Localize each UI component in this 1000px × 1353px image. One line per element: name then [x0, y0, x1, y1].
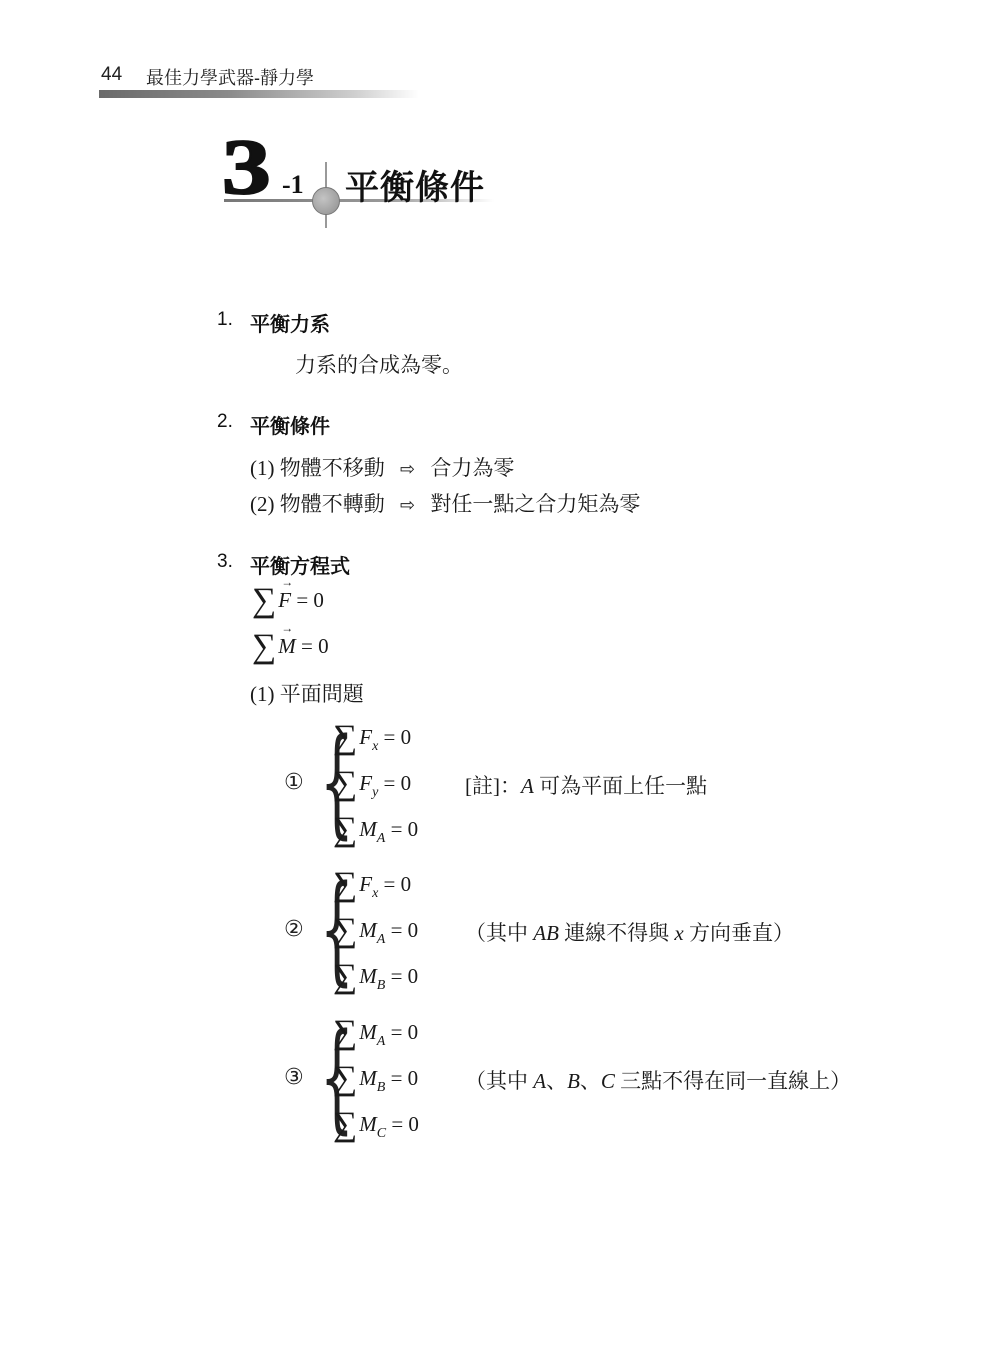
- eq-subscript: A: [377, 831, 386, 846]
- sigma-symbol: ∑: [333, 958, 357, 995]
- note-variable: AB: [533, 921, 559, 945]
- condition-text: 物體不轉動: [280, 492, 385, 516]
- eq-variable: F: [359, 872, 372, 896]
- eq-variable: F: [359, 771, 372, 795]
- condition-text: 物體不移動: [280, 456, 385, 480]
- item-heading: 平衡條件: [250, 410, 330, 439]
- eq-subscript: x: [372, 739, 378, 754]
- sigma-symbol: ∑: [333, 811, 357, 848]
- system-note: （其中 AB 連線不得與 x 方向垂直）: [465, 917, 794, 947]
- vector-variable: M: [278, 634, 296, 658]
- sigma-symbol: ∑: [252, 582, 276, 619]
- eq-subscript: B: [377, 978, 386, 993]
- equation-rhs: = 0: [301, 634, 329, 658]
- equation: ∑MA = 0: [333, 1018, 418, 1050]
- condition-label: (1): [250, 456, 275, 480]
- note-variable: B: [567, 1069, 580, 1093]
- eq-rhs: = 0: [384, 725, 412, 749]
- section-circle-ornament: [312, 187, 340, 215]
- equation-rhs: = 0: [296, 588, 324, 612]
- system-note: （其中 A、B、C 三點不得在同一直線上）: [465, 1065, 851, 1095]
- condition-line: (2) 物體不轉動 ⇨ 對任一點之合力矩為零: [250, 488, 640, 518]
- note-variable: A: [533, 1069, 546, 1093]
- sigma-symbol: ∑: [333, 1014, 357, 1051]
- note-text: 連線不得與: [559, 921, 675, 945]
- item-number: 1.: [217, 309, 233, 331]
- sigma-symbol: ∑: [333, 765, 357, 802]
- equation: ∑Fy = 0: [333, 769, 411, 801]
- condition-line: (1) 物體不移動 ⇨ 合力為零: [250, 452, 514, 482]
- condition-result: 對任一點之合力矩為零: [430, 492, 640, 516]
- subsection-title: 平面問題: [280, 682, 364, 706]
- eq-rhs: = 0: [391, 1020, 419, 1044]
- vector-equation-force: ∑F = 0: [252, 586, 324, 616]
- condition-result: 合力為零: [430, 456, 514, 480]
- eq-variable: M: [359, 918, 377, 942]
- subsection-heading: (1) 平面問題: [250, 678, 364, 708]
- equation: ∑Fx = 0: [333, 723, 411, 755]
- condition-label: (2): [250, 492, 275, 516]
- note-text: （其中: [465, 1069, 533, 1093]
- item-number: 3.: [217, 551, 233, 573]
- section-number: 3: [222, 128, 271, 206]
- equation: ∑MB = 0: [333, 962, 418, 994]
- eq-subscript: C: [377, 1126, 386, 1141]
- eq-variable: F: [359, 725, 372, 749]
- section-subnumber: -1: [282, 170, 304, 200]
- equation: ∑MA = 0: [333, 815, 418, 847]
- note-text: （其中: [465, 921, 533, 945]
- item-heading: 平衡力系: [250, 308, 330, 337]
- note-text: 方向垂直）: [684, 921, 794, 945]
- implies-arrow-icon: ⇨: [400, 459, 415, 480]
- note-prefix: [註]：: [465, 774, 521, 798]
- eq-subscript: A: [377, 932, 386, 947]
- eq-variable: M: [359, 1066, 377, 1090]
- equation: ∑MA = 0: [333, 916, 418, 948]
- eq-rhs: = 0: [391, 918, 419, 942]
- item-body: 力系的合成為零。: [295, 349, 463, 379]
- system-note: [註]：A 可為平面上任一點: [465, 770, 707, 800]
- vector-equation-moment: ∑M = 0: [252, 632, 329, 662]
- eq-variable: M: [359, 1020, 377, 1044]
- eq-rhs: = 0: [391, 1066, 419, 1090]
- sigma-symbol: ∑: [333, 1106, 357, 1143]
- equation: ∑MB = 0: [333, 1064, 418, 1096]
- eq-subscript: B: [377, 1080, 386, 1095]
- note-text: 三點不得在同一直線上）: [615, 1069, 851, 1093]
- eq-subscript: y: [372, 785, 378, 800]
- note-text: 可為平面上任一點: [534, 774, 707, 798]
- eq-variable: M: [359, 964, 377, 988]
- item-number: 2.: [217, 411, 233, 433]
- eq-rhs: = 0: [384, 771, 412, 795]
- vector-variable: F: [278, 588, 291, 612]
- note-separator: 、: [546, 1069, 567, 1093]
- eq-subscript: A: [377, 1034, 386, 1049]
- sigma-symbol: ∑: [333, 719, 357, 756]
- system-marker: ③: [284, 1065, 304, 1090]
- note-variable: x: [674, 921, 683, 945]
- eq-rhs: = 0: [384, 872, 412, 896]
- eq-rhs: = 0: [391, 817, 419, 841]
- note-variable: A: [521, 774, 534, 798]
- eq-subscript: x: [372, 886, 378, 901]
- note-separator: 、: [580, 1069, 601, 1093]
- item-heading: 平衡方程式: [250, 550, 350, 579]
- eq-rhs: = 0: [391, 1112, 419, 1136]
- eq-rhs: = 0: [391, 964, 419, 988]
- note-variable: C: [601, 1069, 615, 1093]
- sigma-symbol: ∑: [333, 912, 357, 949]
- equation: ∑Fx = 0: [333, 870, 411, 902]
- implies-arrow-icon: ⇨: [400, 495, 415, 516]
- subsection-label: (1): [250, 682, 275, 706]
- section-title: 平衡條件: [345, 160, 485, 209]
- sigma-symbol: ∑: [333, 866, 357, 903]
- header-gradient-bar: [99, 90, 419, 98]
- sigma-symbol: ∑: [252, 628, 276, 665]
- system-marker: ①: [284, 770, 304, 795]
- sigma-symbol: ∑: [333, 1060, 357, 1097]
- eq-variable: M: [359, 1112, 377, 1136]
- eq-variable: M: [359, 817, 377, 841]
- system-marker: ②: [284, 917, 304, 942]
- page-number: 44: [101, 64, 122, 86]
- equation: ∑MC = 0: [333, 1110, 419, 1142]
- book-title: 最佳力學武器-靜力學: [146, 64, 314, 90]
